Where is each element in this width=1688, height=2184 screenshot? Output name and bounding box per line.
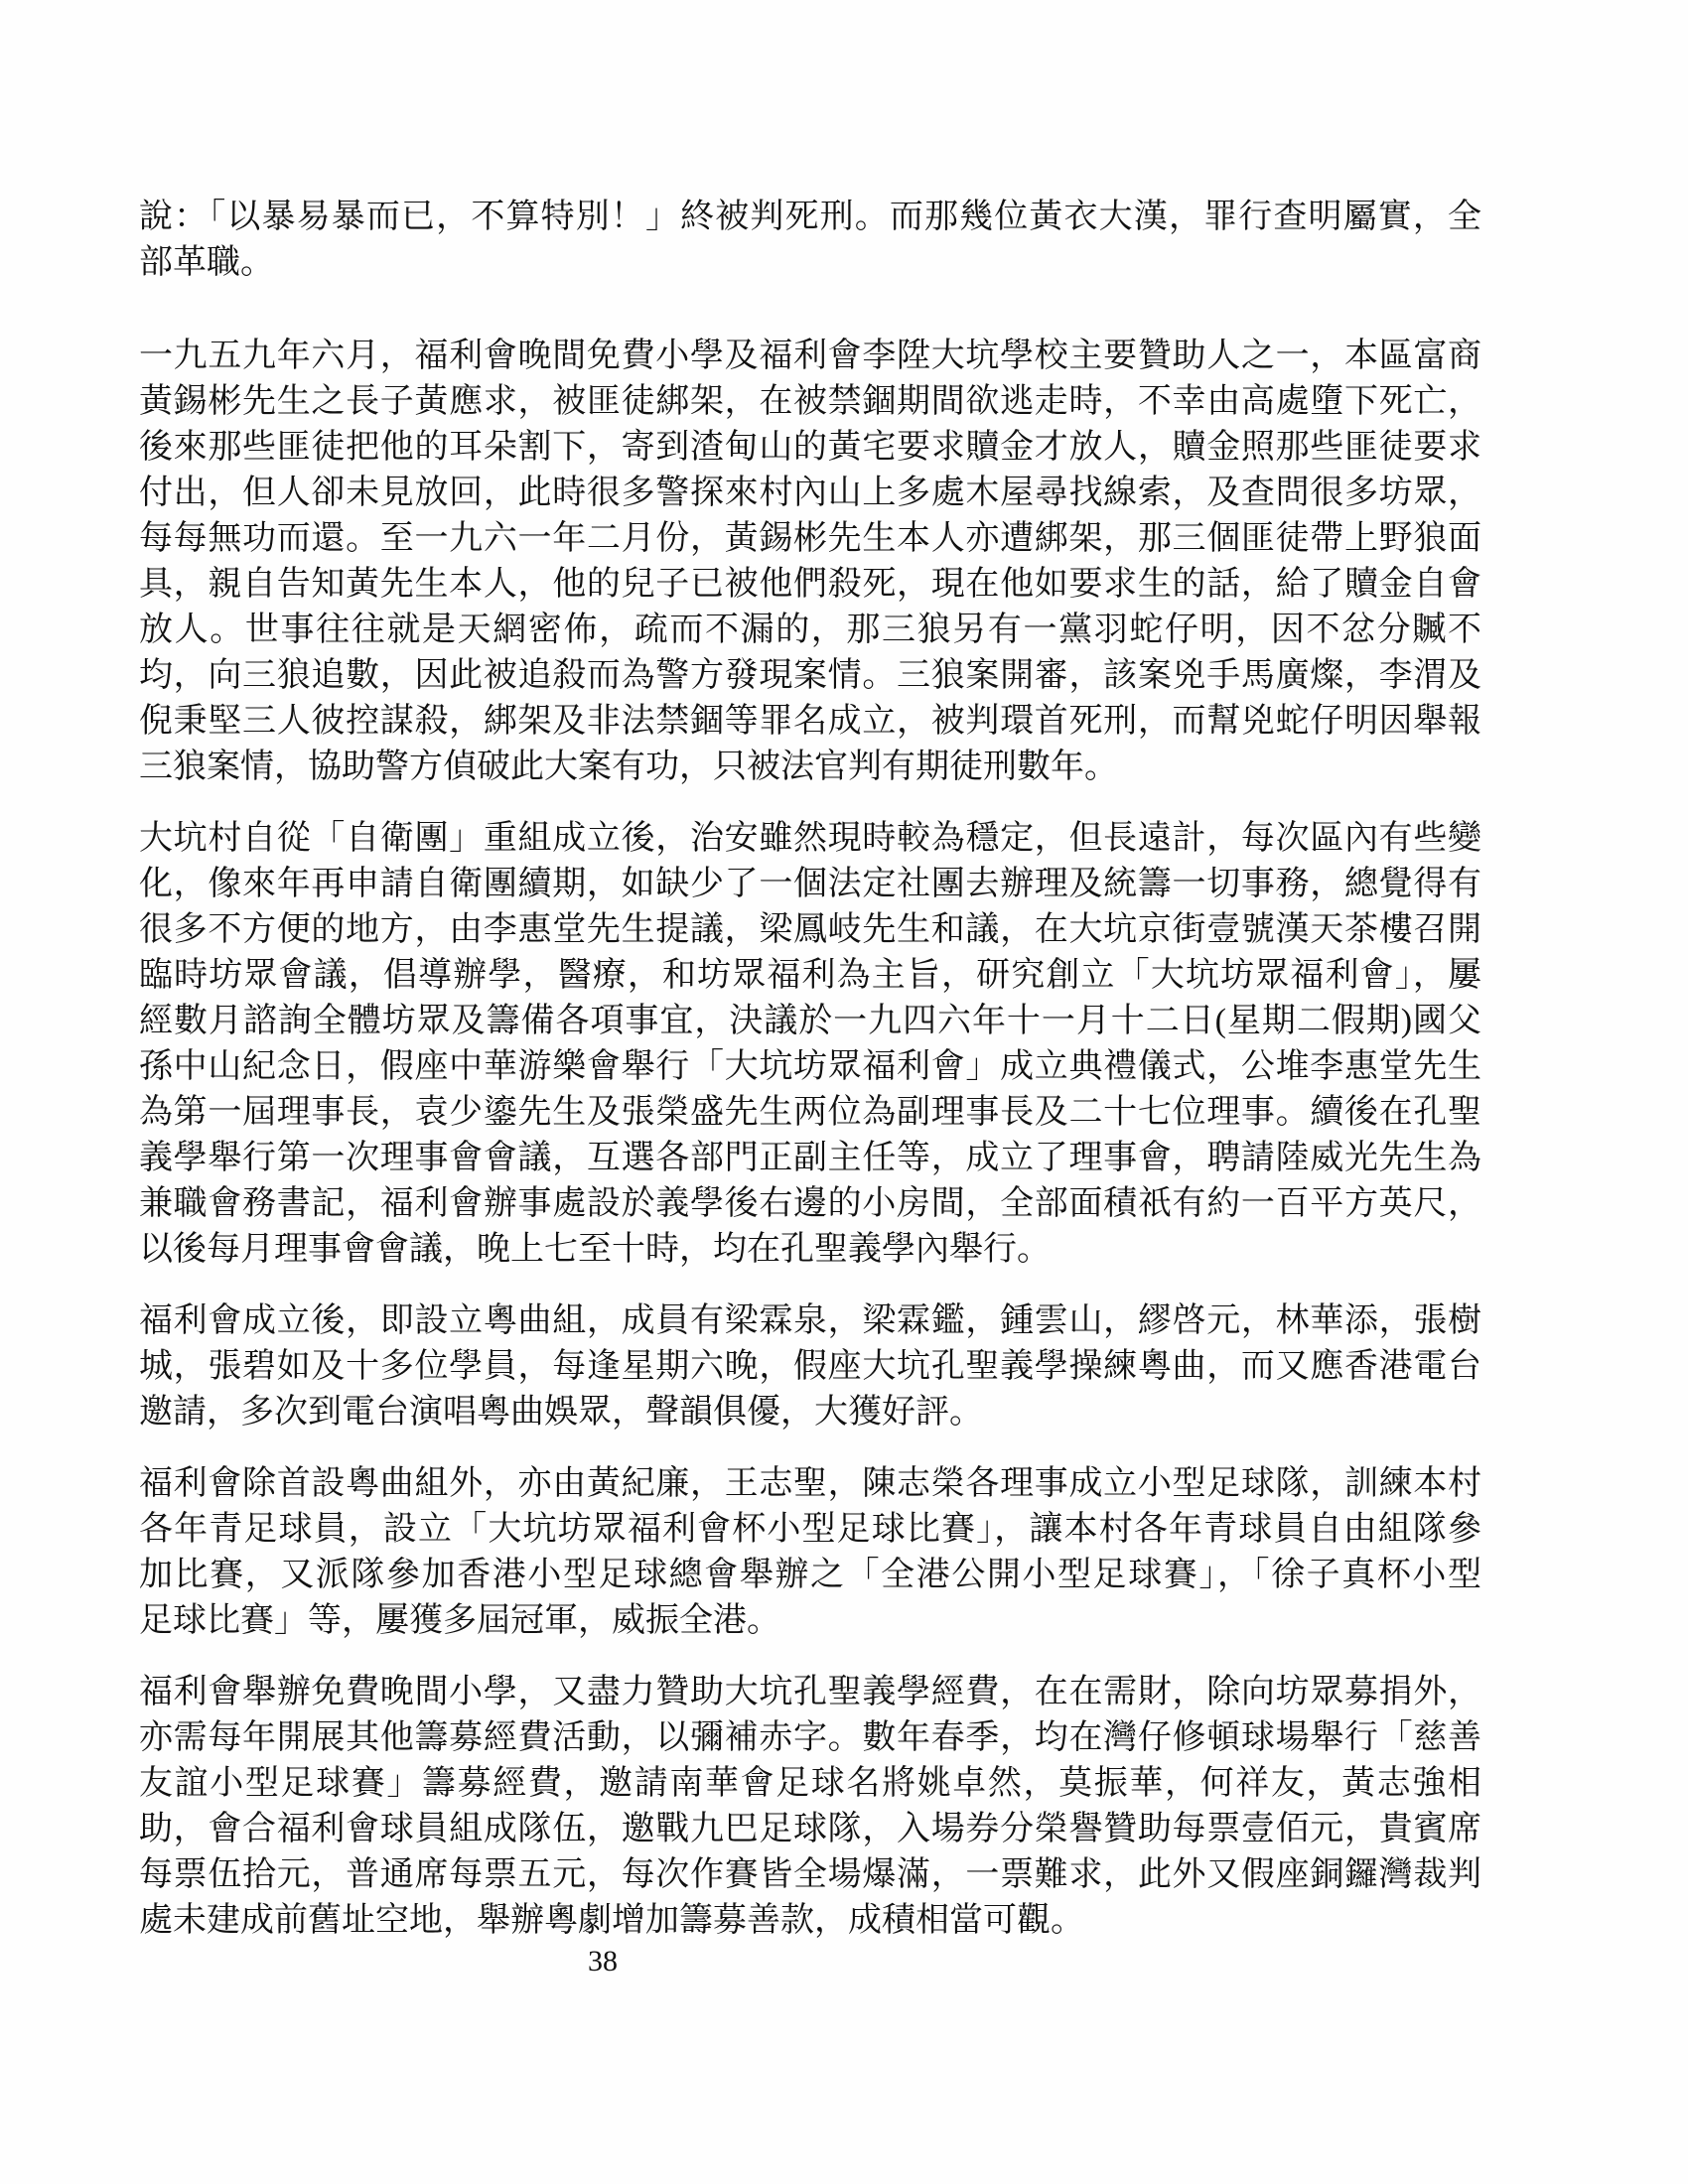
text-line: 亦需每年開展其他籌募經費活動，以彌補赤字。數年春季，均在灣仔修頓球場舉行「慈善 bbox=[139, 1715, 1481, 1761]
paragraph: 福利會舉辦免費晚間小學，又盡力贊助大坑孔聖義學經費，在在需財，除向坊眾募捐外，亦… bbox=[139, 1670, 1481, 1944]
text-line: 臨時坊眾會議，倡導辦學，醫療，和坊眾福利為主旨，研究創立「大坑坊眾福利會」，屢 bbox=[139, 953, 1481, 999]
text-line: 部革職。 bbox=[139, 240, 1481, 286]
text-line: 一九五九年六月，福利會晚間免費小學及福利會李陞大坑學校主要贊助人之一，本區富商 bbox=[139, 334, 1481, 379]
text-line: 孫中山紀念日，假座中華游樂會舉行「大坑坊眾福利會」成立典禮儀式，公堆李惠堂先生 bbox=[139, 1044, 1481, 1090]
text-line: 為第一屆理事長，袁少鎏先生及張榮盛先生两位為副理事長及二十七位理事。續後在孔聖 bbox=[139, 1090, 1481, 1136]
paragraph: 福利會成立後，即設立粵曲組，成員有梁霖泉，梁霖鑑，鍾雲山，繆啓元，林華添，張樹城… bbox=[139, 1298, 1481, 1435]
text-line: 每每無功而還。至一九六一年二月份，黃錫彬先生本人亦遭綁架，那三個匪徒帶上野狼面 bbox=[139, 516, 1481, 562]
document-body: 說：「以暴易暴而已，不算特別！」終被判死刑。而那幾位黃衣大漢，罪行查明屬實，全部… bbox=[139, 195, 1481, 1944]
text-line: 黃錫彬先生之長子黃應求，被匪徒綁架，在被禁錮期間欲逃走時，不幸由高處墮下死亡， bbox=[139, 379, 1481, 425]
text-line: 很多不方便的地方，由李惠堂先生提議，梁鳳岐先生和議，在大坑京街壹號漢天茶樓召開 bbox=[139, 907, 1481, 953]
text-line: 化，像來年再申請自衛團續期，如缺少了一個法定社團去辦理及統籌一切事務，總覺得有 bbox=[139, 862, 1481, 907]
text-line: 處未建成前舊址空地，舉辦粵劇增加籌募善款，成積相當可觀。 bbox=[139, 1898, 1481, 1944]
text-line: 說：「以暴易暴而已，不算特別！」終被判死刑。而那幾位黃衣大漢，罪行查明屬實，全 bbox=[139, 195, 1481, 240]
paragraph: 一九五九年六月，福利會晚間免費小學及福利會李陞大坑學校主要贊助人之一，本區富商黃… bbox=[139, 334, 1481, 790]
text-line: 放人。世事往往就是天網密佈，疏而不漏的，那三狼另有一黨羽蛇仔明，因不忿分贓不 bbox=[139, 608, 1481, 653]
text-line: 義學舉行第一次理事會會議，互選各部門正副主任等，成立了理事會，聘請陸威光先生為 bbox=[139, 1136, 1481, 1181]
text-line: 福利會成立後，即設立粵曲組，成員有梁霖泉，梁霖鑑，鍾雲山，繆啓元，林華添，張樹 bbox=[139, 1298, 1481, 1344]
text-line: 付出，但人卻未見放回，此時很多警探來村內山上多處木屋尋找線索，及查問很多坊眾， bbox=[139, 471, 1481, 516]
paragraph: 大坑村自從「自衛團」重組成立後，治安雖然現時較為穩定，但長遠計，每次區內有些變化… bbox=[139, 816, 1481, 1273]
text-line: 城，張碧如及十多位學員，每逢星期六晚，假座大坑孔聖義學操練粵曲，而又應香港電台 bbox=[139, 1344, 1481, 1390]
text-line: 經數月諮詢全體坊眾及籌備各項事宜，決議於一九四六年十一月十二日(星期二假期)國父 bbox=[139, 999, 1481, 1044]
text-line: 以後每月理事會會議，晚上七至十時，均在孔聖義學內舉行。 bbox=[139, 1227, 1481, 1273]
text-line: 加比賽，又派隊參加香港小型足球總會舉辦之「全港公開小型足球賽」，「徐子真杯小型 bbox=[139, 1553, 1481, 1598]
text-line: 三狼案情，協助警方偵破此大案有功，只被法官判有期徒刑數年。 bbox=[139, 745, 1481, 790]
text-line: 足球比賽」等，屢獲多屆冠軍，威振全港。 bbox=[139, 1598, 1481, 1644]
text-line: 邀請，多次到電台演唱粵曲娛眾，聲韻俱優，大獲好評。 bbox=[139, 1390, 1481, 1435]
page-number: 38 bbox=[553, 1944, 652, 1979]
text-line: 均，向三狼追數，因此被追殺而為警方發現案情。三狼案開審，該案兇手馬廣燦，李渭及 bbox=[139, 653, 1481, 699]
text-line: 兼職會務書記，福利會辦事處設於義學後右邊的小房間，全部面積祇有約一百平方英尺， bbox=[139, 1181, 1481, 1227]
text-line: 友誼小型足球賽」籌募經費，邀請南華會足球名將姚卓然，莫振華，何祥友，黃志強相 bbox=[139, 1761, 1481, 1807]
paragraph: 說：「以暴易暴而已，不算特別！」終被判死刑。而那幾位黃衣大漢，罪行查明屬實，全部… bbox=[139, 195, 1481, 286]
text-line: 福利會除首設粵曲組外，亦由黃紀廉，王志聖，陳志榮各理事成立小型足球隊，訓練本村 bbox=[139, 1461, 1481, 1507]
text-line: 倪秉堅三人彼控謀殺，綁架及非法禁錮等罪名成立，被判環首死刑，而幫兇蛇仔明因舉報 bbox=[139, 699, 1481, 745]
text-line: 助，會合福利會球員組成隊伍，邀戰九巴足球隊，入場券分榮譽贊助每票壹佰元，貴賓席 bbox=[139, 1807, 1481, 1852]
paragraph: 福利會除首設粵曲組外，亦由黃紀廉，王志聖，陳志榮各理事成立小型足球隊，訓練本村各… bbox=[139, 1461, 1481, 1644]
text-line: 福利會舉辦免費晚間小學，又盡力贊助大坑孔聖義學經費，在在需財，除向坊眾募捐外， bbox=[139, 1670, 1481, 1715]
document-page: 說：「以暴易暴而已，不算特別！」終被判死刑。而那幾位黃衣大漢，罪行查明屬實，全部… bbox=[0, 0, 1688, 2184]
text-line: 每票伍拾元，普通席每票五元，每次作賽皆全場爆滿，一票難求，此外又假座銅鑼灣裁判 bbox=[139, 1852, 1481, 1898]
text-line: 大坑村自從「自衛團」重組成立後，治安雖然現時較為穩定，但長遠計，每次區內有些變 bbox=[139, 816, 1481, 862]
text-line: 具，親自告知黃先生本人，他的兒子已被他們殺死，現在他如要求生的話，給了贖金自會 bbox=[139, 562, 1481, 608]
text-line: 後來那些匪徒把他的耳朵割下，寄到渣甸山的黃宅要求贖金才放人，贖金照那些匪徒要求 bbox=[139, 425, 1481, 471]
text-line: 各年青足球員，設立「大坑坊眾福利會杯小型足球比賽」，讓本村各年青球員自由組隊參 bbox=[139, 1507, 1481, 1553]
